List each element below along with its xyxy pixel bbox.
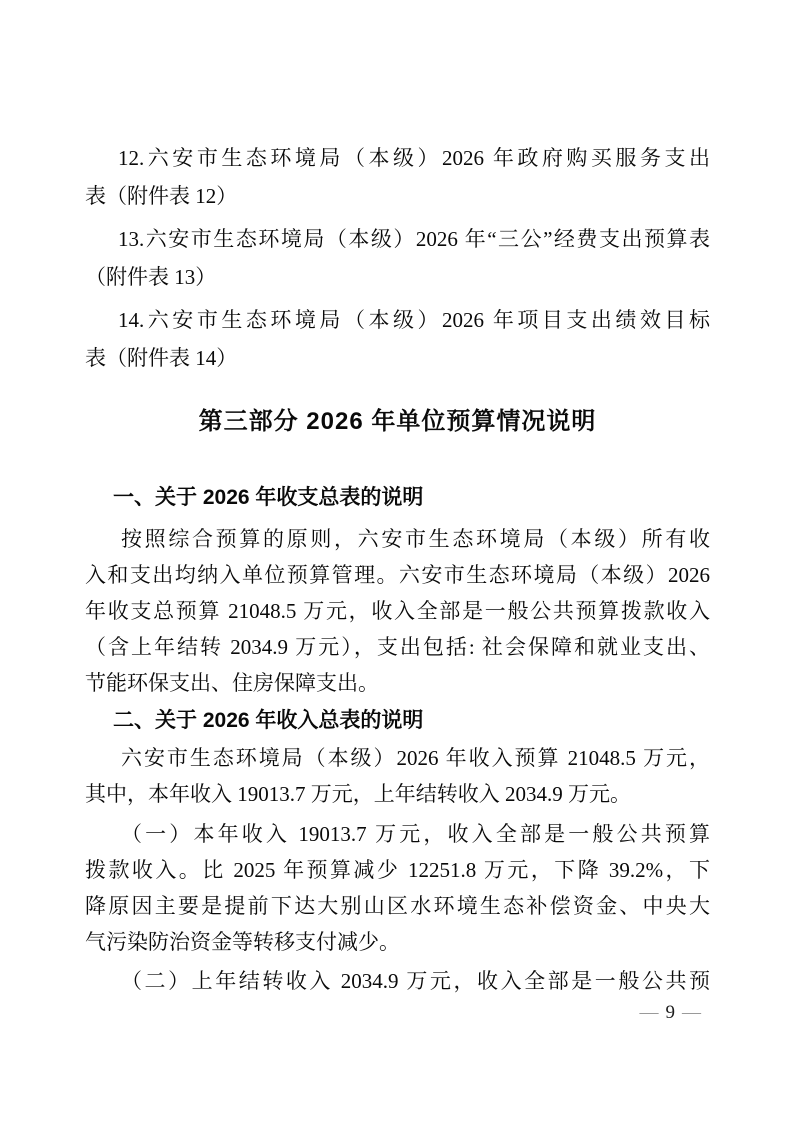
paragraph-line: 气污染防治资金等转移支付减少。 (85, 924, 710, 960)
attachment-item-13: 13.六安市生态环境局（本级）2026 年“三公”经费支出预算表 （附件表 13… (85, 221, 710, 296)
section-2-paragraph-3: （二）上年结转收入 2034.9 万元，收入全部是一般公共预 (85, 963, 710, 999)
paragraph-line: 入和支出均纳入单位预算管理。六安市生态环境局（本级）2026 (85, 557, 710, 593)
attachment-item-12: 12.六安市生态环境局（本级）2026 年政府购买服务支出 表（附件表 12） (85, 140, 710, 215)
attachment-item-14: 14.六安市生态环境局（本级）2026 年项目支出绩效目标 表（附件表 14） (85, 302, 710, 377)
part-title: 第三部分 2026 年单位预算情况说明 (85, 404, 710, 440)
page-number-dash-right: — (682, 1002, 701, 1023)
paragraph-line: （含上年结转 2034.9 万元），支出包括: 社会保障和就业支出、 (85, 629, 710, 665)
document-page: 12.六安市生态环境局（本级）2026 年政府购买服务支出 表（附件表 12） … (0, 0, 793, 1122)
attachment-item-14-line-1: 14.六安市生态环境局（本级）2026 年项目支出绩效目标 (85, 302, 710, 340)
paragraph-line: 年收支总预算 21048.5 万元，收入全部是一般公共预算拨款收入 (85, 593, 710, 629)
paragraph-line: 节能环保支出、住房保障支出。 (85, 665, 710, 701)
section-2-paragraph-2: （一）本年收入 19013.7 万元，收入全部是一般公共预算 拨款收入。比 20… (85, 816, 710, 960)
section-1-heading: 一、关于 2026 年收支总表的说明 (85, 480, 710, 516)
attachment-item-12-line-2: 表（附件表 12） (85, 178, 710, 216)
document-content: 12.六安市生态环境局（本级）2026 年政府购买服务支出 表（附件表 12） … (85, 140, 710, 999)
attachment-item-14-line-2: 表（附件表 14） (85, 340, 710, 378)
paragraph-line: （一）本年收入 19013.7 万元，收入全部是一般公共预算 (85, 816, 710, 852)
paragraph-line: 六安市生态环境局（本级）2026 年收入预算 21048.5 万元， (85, 740, 710, 776)
paragraph-line: 其中，本年收入 19013.7 万元，上年结转收入 2034.9 万元。 (85, 776, 710, 812)
page-number-dash-left: — (640, 1002, 659, 1023)
page-number: —9— (640, 1002, 702, 1024)
attachment-item-13-line-2: （附件表 13） (85, 259, 710, 297)
section-2-paragraph-1: 六安市生态环境局（本级）2026 年收入预算 21048.5 万元， 其中，本年… (85, 740, 710, 812)
paragraph-line: 拨款收入。比 2025 年预算减少 12251.8 万元，下降 39.2%，下 (85, 852, 710, 888)
page-number-value: 9 (666, 1002, 676, 1023)
attachment-item-13-line-1: 13.六安市生态环境局（本级）2026 年“三公”经费支出预算表 (85, 221, 710, 259)
section-2-heading: 二、关于 2026 年收入总表的说明 (85, 703, 710, 739)
section-1-paragraph: 按照综合预算的原则，六安市生态环境局（本级）所有收 入和支出均纳入单位预算管理。… (85, 521, 710, 701)
paragraph-line: 降原因主要是提前下达大别山区水环境生态补偿资金、中央大 (85, 888, 710, 924)
attachment-item-12-line-1: 12.六安市生态环境局（本级）2026 年政府购买服务支出 (85, 140, 710, 178)
paragraph-line: 按照综合预算的原则，六安市生态环境局（本级）所有收 (85, 521, 710, 557)
paragraph-line: （二）上年结转收入 2034.9 万元，收入全部是一般公共预 (85, 963, 710, 999)
